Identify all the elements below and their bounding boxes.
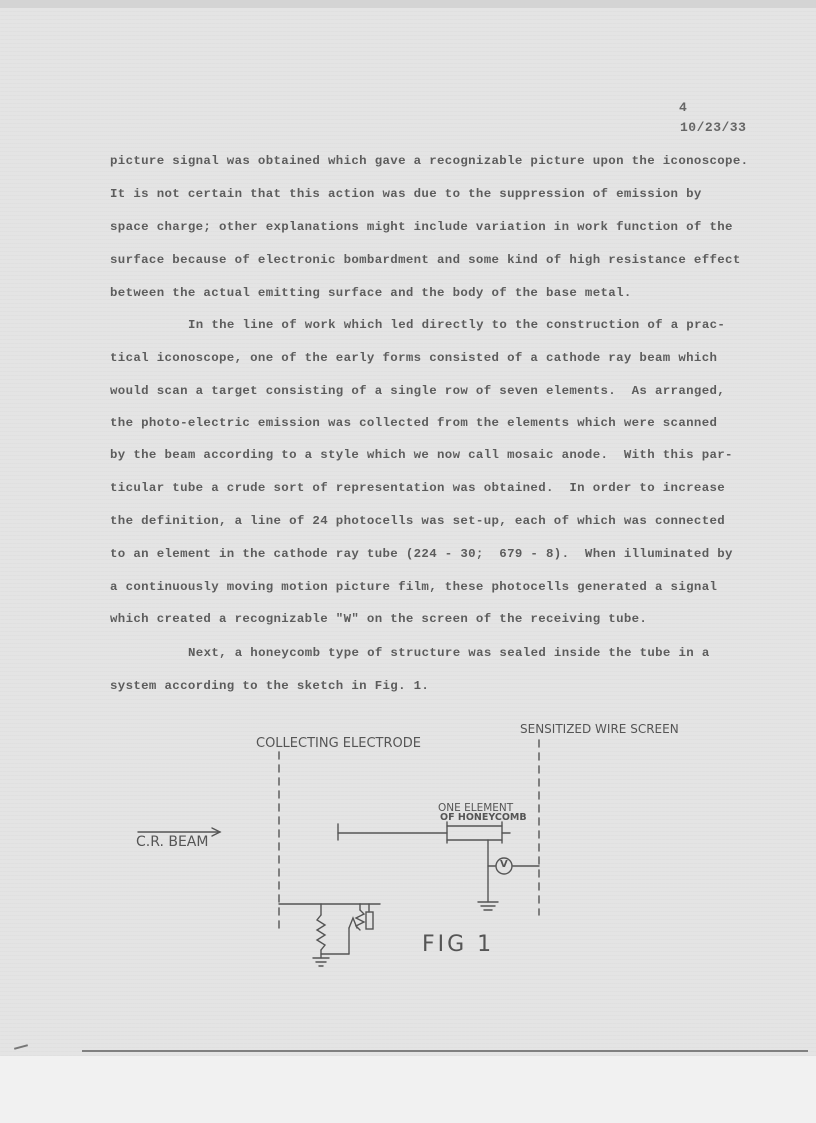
page-date: 10/23/33: [680, 120, 746, 135]
text-line: the photo-electric emission was collecte…: [110, 416, 717, 430]
text-line: space charge; other explanations might i…: [110, 220, 733, 234]
page-number: 4: [679, 100, 687, 115]
scan-bottom-margin: [0, 1056, 816, 1123]
text-line: a continuously moving motion picture fil…: [110, 580, 717, 594]
text-line: to an element in the cathode ray tube (2…: [110, 547, 733, 561]
text-line: would scan a target consisting of a sing…: [110, 384, 725, 398]
figure-1-sketch: COLLECTING ELECTRODE SENSITIZED WIRE SCR…: [120, 710, 740, 980]
label-sensitized-wire-screen: SENSITIZED WIRE SCREEN: [520, 722, 679, 736]
scan-top-edge: [0, 0, 816, 8]
text-line: tical iconoscope, one of the early forms…: [110, 351, 717, 365]
figure-caption: FIG 1: [422, 932, 494, 957]
text-line: system according to the sketch in Fig. 1…: [110, 679, 429, 693]
voltmeter-label: V: [500, 859, 508, 870]
text-line: ticular tube a crude sort of representat…: [110, 481, 725, 495]
label-cr-beam: C.R. BEAM: [136, 834, 208, 850]
label-of-honeycomb: OF HONEYCOMB: [440, 812, 527, 823]
scan-mark: [14, 1044, 28, 1050]
text-line: It is not certain that this action was d…: [110, 187, 702, 201]
text-line: between the actual emitting surface and …: [110, 286, 632, 300]
document-page: 4 10/23/33 picture signal was obtained w…: [0, 0, 816, 1123]
page-bottom-rule: [82, 1050, 808, 1052]
text-line: by the beam according to a style which w…: [110, 448, 733, 462]
text-line: which created a recognizable "W" on the …: [110, 612, 647, 626]
text-line: In the line of work which led directly t…: [188, 318, 725, 332]
text-line: Next, a honeycomb type of structure was …: [188, 646, 710, 660]
label-collecting-electrode: COLLECTING ELECTRODE: [256, 736, 421, 751]
text-line: picture signal was obtained which gave a…: [110, 154, 748, 168]
text-line: the definition, a line of 24 photocells …: [110, 514, 725, 528]
text-line: surface because of electronic bombardmen…: [110, 253, 741, 267]
